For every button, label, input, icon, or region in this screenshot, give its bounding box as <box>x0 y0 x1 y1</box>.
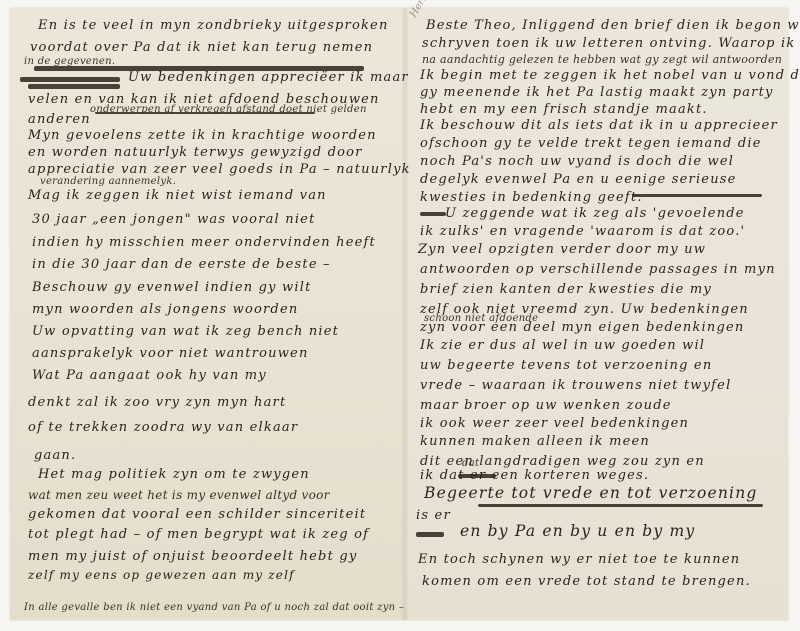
postscript-line: In alle gevalle ben ik niet een vyand va… <box>24 602 404 613</box>
text-line: Zyn veel opzigten verder door my uw <box>418 242 706 257</box>
interlinear-note: verandering aannemelyk. <box>40 176 176 187</box>
text-line: is er <box>416 508 451 523</box>
text-line: hebt en my een frisch standje maakt. <box>420 102 708 117</box>
text-line: myn woorden als jongens woorden <box>32 302 298 317</box>
text-line: Begeerte tot vrede en tot verzoening <box>424 484 758 502</box>
strikethrough <box>28 84 120 89</box>
strikethrough <box>632 194 762 197</box>
text-line: ofschoon gy te velde trekt tegen iemand … <box>420 136 762 151</box>
text-line: uw begeerte tevens tot verzoening en <box>420 358 712 373</box>
text-line: aansprakelyk voor niet wantrouwen <box>32 346 309 361</box>
text-line: ik zulks' en vragende 'waarom is dat zoo… <box>420 224 745 239</box>
text-line: denkt zal ik zoo vry zyn myn hart <box>28 395 286 410</box>
text-line: gekomen dat vooral een schilder sincerit… <box>28 507 366 522</box>
text-line: 30 jaar „een jongen" was vooral niet <box>32 212 316 227</box>
text-line: Ik zie er dus al wel in uw goeden wil <box>420 338 705 353</box>
text-line: Beschouw gy evenwel indien gy wilt <box>32 280 312 295</box>
text-line: Ik begin met te zeggen ik het nobel van … <box>420 68 800 83</box>
text-line: Uw opvatting van wat ik zeg bench niet <box>32 324 339 339</box>
text-line: Het mag politiek zyn om te zwygen <box>38 467 310 482</box>
text-line: voordat over Pa dat ik niet kan terug ne… <box>30 40 373 55</box>
text-line: appreciatie van zeer veel goeds in Pa – … <box>28 162 411 177</box>
text-line: tot plegt had – of men begrypt wat ik ze… <box>28 527 369 542</box>
interlinear-note: schoon niet afdoende <box>424 313 538 324</box>
text-line: indien hy misschien meer ondervinden hee… <box>32 235 376 250</box>
strikethrough <box>420 212 446 216</box>
text-line: ik dat er een korteren weges. <box>420 468 649 483</box>
strikethrough <box>20 77 120 82</box>
text-line: Wat Pa aangaat ook hy van my <box>32 368 267 383</box>
text-line: brief zien kanten der kwesties die my <box>420 282 712 297</box>
text-line: schryven toen ik uw letteren ontving. Wa… <box>422 36 795 51</box>
text-line: vrede – waaraan ik trouwens niet twyfel <box>420 378 731 393</box>
text-line: komen om een vrede tot stand te brengen. <box>422 574 751 589</box>
strikethrough <box>458 474 496 478</box>
text-line: degelyk evenwel Pa en u eenige serieuse <box>420 172 737 187</box>
page-fold <box>402 8 408 620</box>
text-line: Ik beschouw dit als iets dat ik in u app… <box>420 118 778 133</box>
text-line: ik ook weer zeer veel bedenkingen <box>420 416 689 431</box>
text-line: anderen <box>28 112 91 127</box>
text-line: gaan. <box>34 448 76 463</box>
text-line: men my juist of onjuist beoordeelt hebt … <box>28 549 357 564</box>
text-line: Uw bedenkingen appreciëer ik maar <box>128 70 409 85</box>
text-line: noch Pa's noch uw vyand is doch die wel <box>420 154 734 169</box>
strikethrough <box>95 112 315 114</box>
text-line: gy meenende ik het Pa lastig maakt zyn p… <box>420 85 774 100</box>
text-line: zelf my eens op gewezen aan my zelf <box>28 568 295 582</box>
text-line: in die 30 jaar dan de eerste de beste – <box>32 257 331 272</box>
text-line: of te trekken zoodra wy van elkaar <box>28 420 298 435</box>
text-line: Mag ik zeggen ik niet wist iemand van <box>28 188 327 203</box>
text-line: en worden natuurlyk terwys gewyzigd door <box>28 145 363 160</box>
text-line: En is te veel in myn zondbrieky uitgespr… <box>38 18 389 33</box>
text-line: En toch schynen wy er niet toe te kunnen <box>418 552 740 567</box>
text-line: kunnen maken alleen ik meen <box>420 434 650 449</box>
text-line: antwoorden op verschillende passages in … <box>420 262 776 277</box>
text-line: U zeggende wat ik zeg als 'gevoelende <box>445 206 745 221</box>
strikethrough <box>478 504 763 507</box>
text-line: wat men zeu weet het is my evenwel altyd… <box>28 488 330 502</box>
text-line: na aandachtig gelezen te hebben wat gy z… <box>422 53 782 66</box>
text-line: maar broer op uw wenken zoude <box>420 398 672 413</box>
text-line: Myn gevoelens zette ik in krachtige woor… <box>28 128 377 143</box>
text-line: kwesties in bedenking geeft. <box>420 190 643 205</box>
text-line: Beste Theo, Inliggend den brief dien ik … <box>426 18 800 33</box>
text-line: en by Pa en by u en by my <box>460 522 695 540</box>
strikethrough <box>416 532 444 537</box>
